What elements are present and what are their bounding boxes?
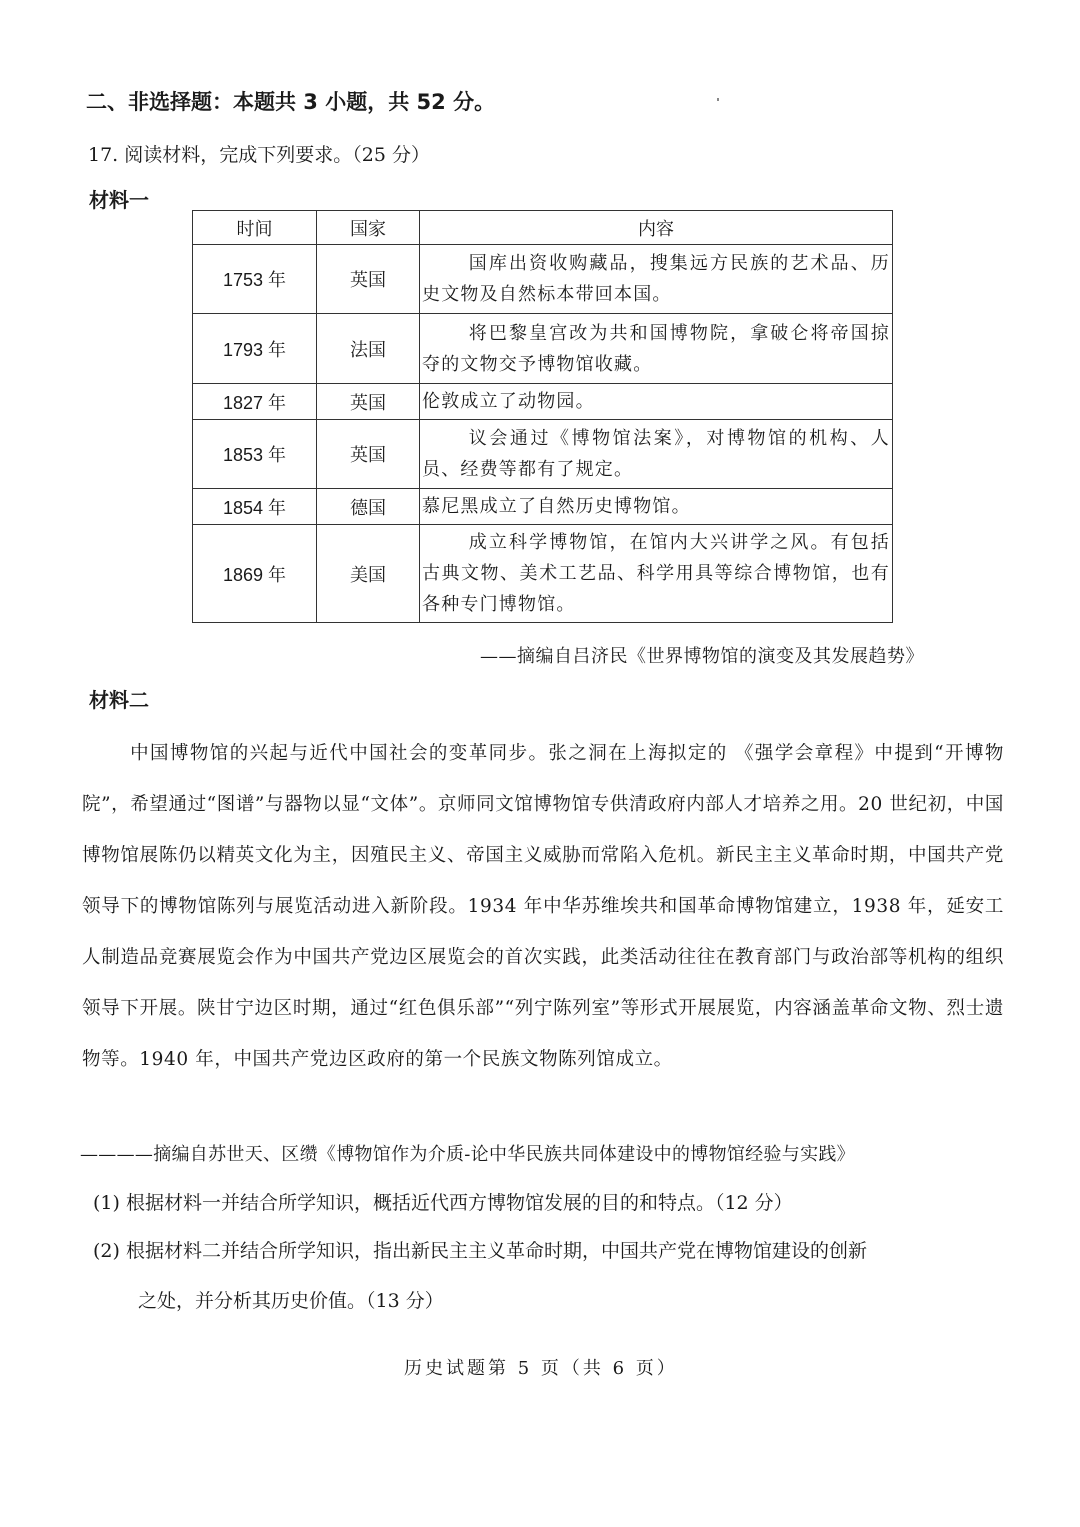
- cell-time: 1753 年: [193, 245, 317, 314]
- sub-question-2: (2) 根据材料二并结合所学知识，指出新民主主义革命时期，中国共产党在博物馆建设…: [93, 1236, 867, 1263]
- page-footer: 历史试题第 5 页（共 6 页）: [404, 1354, 678, 1380]
- material1-table: 时间 国家 内容 1753 年 英国 国库出资收购藏品，搜集远方民族的艺术品、历…: [192, 210, 893, 623]
- sub-question-2-continued: 之处，并分析其历史价值。（13 分）: [138, 1286, 444, 1313]
- sub-question-1: (1) 根据材料一并结合所学知识，概括近代西方博物馆发展的目的和特点。（12 分…: [93, 1188, 793, 1215]
- table-row: 1869 年 美国 成立科学博物馆，在馆内大兴讲学之风。有包括古典文物、美术工艺…: [193, 525, 893, 623]
- cell-country: 德国: [317, 489, 420, 525]
- cell-content: 议会通过《博物馆法案》，对博物馆的机构、人员、经费等都有了规定。: [420, 420, 893, 489]
- material2-label: 材料二: [89, 684, 149, 713]
- header-country: 国家: [317, 211, 420, 245]
- cell-time: 1853 年: [193, 420, 317, 489]
- header-time: 时间: [193, 211, 317, 245]
- cell-time: 1854 年: [193, 489, 317, 525]
- cell-content: 国库出资收购藏品，搜集远方民族的艺术品、历史文物及自然标本带回本国。: [420, 245, 893, 314]
- section-title: 二、非选择题：本题共 3 小题，共 52 分。: [86, 86, 495, 116]
- material2-paragraph: 中国博物馆的兴起与近代中国社会的变革同步。张之洞在上海拟定的 《强学会章程》中提…: [82, 728, 1004, 1085]
- table-row: 1793 年 法国 将巴黎皇宫改为共和国博物院，拿破仑将帝国掠夺的文物交予博物馆…: [193, 314, 893, 384]
- material1-source: ——摘编自吕济民《世界博物馆的演变及其发展趋势》: [480, 642, 924, 668]
- cell-country: 美国: [317, 525, 420, 623]
- cell-content: 伦敦成立了动物园。: [420, 384, 893, 420]
- cell-content: 成立科学博物馆，在馆内大兴讲学之风。有包括古典文物、美术工艺品、科学用具等综合博…: [420, 525, 893, 623]
- scan-speck: [717, 98, 719, 101]
- cell-time: 1869 年: [193, 525, 317, 623]
- cell-time: 1793 年: [193, 314, 317, 384]
- table-header-row: 时间 国家 内容: [193, 211, 893, 245]
- table-row: 1853 年 英国 议会通过《博物馆法案》，对博物馆的机构、人员、经费等都有了规…: [193, 420, 893, 489]
- material2-source: ————摘编自苏世天、区缵《博物馆作为介质-论中华民族共同体建设中的博物馆经验与…: [80, 1140, 855, 1166]
- table-row: 1753 年 英国 国库出资收购藏品，搜集远方民族的艺术品、历史文物及自然标本带…: [193, 245, 893, 314]
- cell-country: 法国: [317, 314, 420, 384]
- question-title: 17. 阅读材料，完成下列要求。（25 分）: [88, 140, 430, 167]
- table-row: 1827 年 英国 伦敦成立了动物园。: [193, 384, 893, 420]
- cell-content: 将巴黎皇宫改为共和国博物院，拿破仑将帝国掠夺的文物交予博物馆收藏。: [420, 314, 893, 384]
- cell-time: 1827 年: [193, 384, 317, 420]
- cell-country: 英国: [317, 420, 420, 489]
- header-content: 内容: [420, 211, 893, 245]
- table-row: 1854 年 德国 慕尼黑成立了自然历史博物馆。: [193, 489, 893, 525]
- cell-country: 英国: [317, 245, 420, 314]
- cell-country: 英国: [317, 384, 420, 420]
- cell-content: 慕尼黑成立了自然历史博物馆。: [420, 489, 893, 525]
- material1-label: 材料一: [89, 184, 149, 213]
